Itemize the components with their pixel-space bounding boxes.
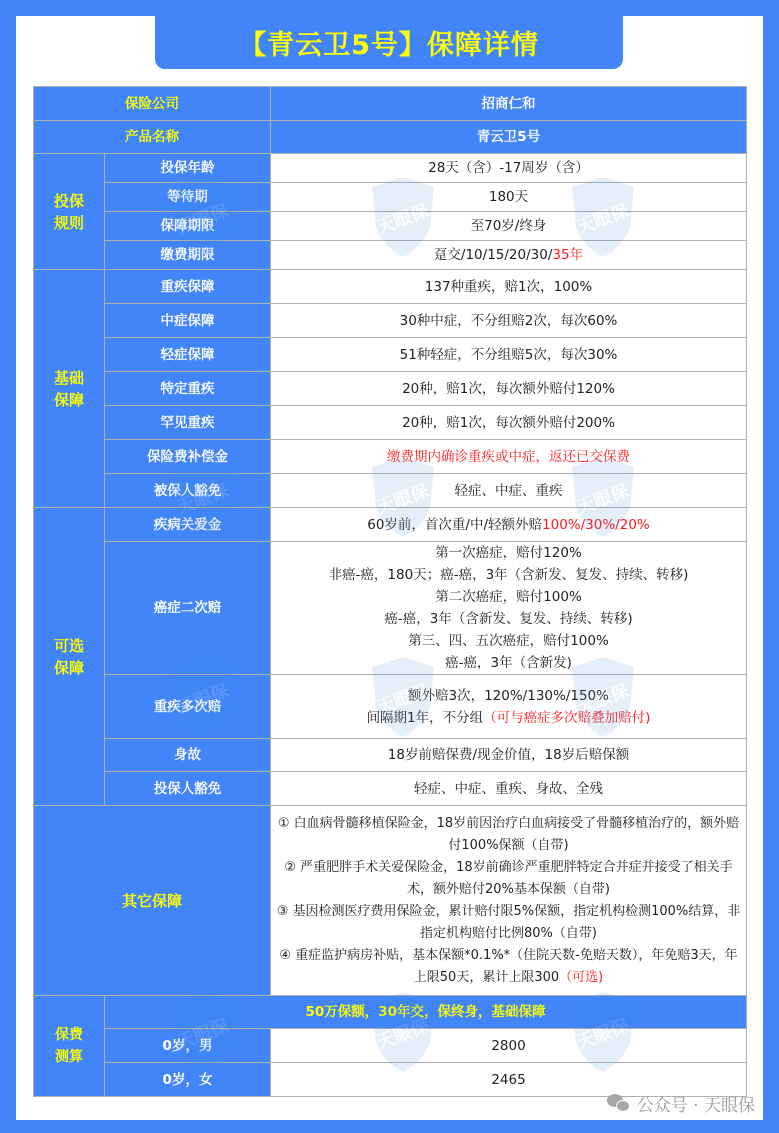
premium-header: 50万保额，30年交，保终身，基础保障	[105, 996, 747, 1029]
category-optional: 可选 保障	[34, 508, 105, 806]
value-highlight: 100%/30%/20%	[542, 517, 650, 533]
row-label: 罕见重疾	[105, 406, 271, 440]
row-value: 60岁前，首次重/中/轻额外赔100%/30%/20%	[271, 508, 747, 542]
table-row: 轻症保障 51种轻症，不分组赔5次，每次30%	[34, 338, 747, 372]
table-row: 保障期限 至70岁/终身	[34, 212, 747, 241]
cancer-line: 癌-癌，3年（含新发、复发、持续、转移)	[275, 608, 742, 630]
value-text: ④ 重症监护病房补贴，基本保额*0.1%*（住院天数-免赔天数），年免赔3天，年…	[279, 948, 737, 985]
row-value: 18岁前赔保费/现金价值，18岁后赔保额	[271, 739, 747, 772]
value-highlight: （可选)	[559, 970, 603, 985]
table-row: 重疾多次赔 额外赔3次，120%/130%/150% 间隔期1年，不分组（可与癌…	[34, 675, 747, 739]
table-row: 保险费补偿金 缴费期内确诊重疾或中症，返还已交保费	[34, 440, 747, 474]
row-value: 20种，赔1次，每次额外赔付120%	[271, 372, 747, 406]
row-value: 轻症、中症、重疾、身故、全残	[271, 772, 747, 806]
category-rules: 投保 规则	[34, 154, 105, 270]
row-label: 0岁，女	[105, 1063, 271, 1097]
other-item: ④ 重症监护病房补贴，基本保额*0.1%*（住院天数-免赔天数），年免赔3天，年…	[275, 945, 742, 989]
row-label: 中症保障	[105, 304, 271, 338]
row-value: 缴费期内确诊重疾或中症，返还已交保费	[271, 440, 747, 474]
row-value: 趸交/10/15/20/30/35年	[271, 241, 747, 270]
row-label: 保障期限	[105, 212, 271, 241]
row-label: 保险费补偿金	[105, 440, 271, 474]
row-value: 137种重疾，赔1次，100%	[271, 270, 747, 304]
category-label: 基础 保障	[54, 369, 84, 409]
row-value: 轻症、中症、重疾	[271, 474, 747, 508]
table-row: 基础 保障 重疾保障 137种重疾，赔1次，100%	[34, 270, 747, 304]
table-row: 中症保障 30种中症，不分组赔2次，每次60%	[34, 304, 747, 338]
row-value: 180天	[271, 183, 747, 212]
wechat-icon	[607, 1094, 631, 1114]
cancer-line: 非癌-癌，180天；癌-癌，3年（含新发、复发、持续、转移)	[275, 564, 742, 586]
table-row: 投保 规则 投保年龄 28天（含）-17周岁（含）	[34, 154, 747, 183]
table-row: 保费 测算 50万保额，30年交，保终身，基础保障	[34, 996, 747, 1029]
table-row: 罕见重疾 20种，赔1次，每次额外赔付200%	[34, 406, 747, 440]
table-row: 身故 18岁前赔保费/现金价值，18岁后赔保额	[34, 739, 747, 772]
category-basic: 基础 保障	[34, 270, 105, 508]
value-text: 间隔期1年，不分组	[367, 710, 484, 726]
row-label: 癌症二次赔	[105, 542, 271, 675]
table-row: 癌症二次赔 第一次癌症，赔付120% 非癌-癌，180天；癌-癌，3年（含新发、…	[34, 542, 747, 675]
product-name-label: 产品名称	[34, 121, 271, 154]
cancer-line: 第二次癌症，赔付100%	[275, 586, 742, 608]
product-name-value: 青云卫5号	[271, 121, 747, 154]
row-label: 被保人豁免	[105, 474, 271, 508]
table-row: 保险公司 招商仁和	[34, 87, 747, 121]
row-value: 2800	[271, 1029, 747, 1063]
other-label: 其它保障	[34, 806, 271, 996]
row-label: 等待期	[105, 183, 271, 212]
multi-line: 间隔期1年，不分组（可与癌症多次赔叠加赔付)	[275, 707, 742, 729]
table-row: 被保人豁免 轻症、中症、重疾	[34, 474, 747, 508]
row-value: 20种，赔1次，每次额外赔付200%	[271, 406, 747, 440]
row-label: 特定重疾	[105, 372, 271, 406]
row-value: 28天（含）-17周岁（含）	[271, 154, 747, 183]
page-title: 【青云卫5号】保障详情	[155, 16, 623, 69]
table-row: 可选 保障 疾病关爱金 60岁前，首次重/中/轻额外赔100%/30%/20%	[34, 508, 747, 542]
table-row: 缴费期限 趸交/10/15/20/30/35年	[34, 241, 747, 270]
category-premium: 保费 测算	[34, 996, 105, 1097]
row-label: 轻症保障	[105, 338, 271, 372]
row-value: 额外赔3次，120%/130%/150% 间隔期1年，不分组（可与癌症多次赔叠加…	[271, 675, 747, 739]
company-value: 招商仁和	[271, 87, 747, 121]
category-label: 可选 保障	[54, 637, 84, 677]
table-row: 其它保障 ① 白血病骨髓移植保险金，18岁前因治疗白血病接受了骨髓移植治疗的，额…	[34, 806, 747, 996]
row-label: 重疾多次赔	[105, 675, 271, 739]
footer-text: 公众号 · 天眼保	[637, 1091, 755, 1116]
value-text: 趸交/10/15/20/30/	[434, 247, 552, 263]
category-label: 保费 测算	[55, 1027, 83, 1065]
row-label: 重疾保障	[105, 270, 271, 304]
row-label: 投保人豁免	[105, 772, 271, 806]
row-label: 身故	[105, 739, 271, 772]
footer-watermark: 公众号 · 天眼保	[607, 1091, 755, 1116]
category-label: 投保 规则	[54, 192, 84, 232]
row-value: 30种中症，不分组赔2次，每次60%	[271, 304, 747, 338]
row-label: 0岁，男	[105, 1029, 271, 1063]
table-row: 0岁，男 2800	[34, 1029, 747, 1063]
row-value: ① 白血病骨髓移植保险金，18岁前因治疗白血病接受了骨髓移植治疗的，额外赔付10…	[271, 806, 747, 996]
value-highlight: 35年	[552, 247, 583, 263]
other-item: ① 白血病骨髓移植保险金，18岁前因治疗白血病接受了骨髓移植治疗的，额外赔付10…	[275, 813, 742, 857]
other-item: ② 严重肥胖手术关爱保险金，18岁前确诊严重肥胖特定合并症并接受了相关手术，额外…	[275, 857, 742, 901]
table-row: 投保人豁免 轻症、中症、重疾、身故、全残	[34, 772, 747, 806]
table-row: 产品名称 青云卫5号	[34, 121, 747, 154]
value-text: 60岁前，首次重/中/轻额外赔	[367, 517, 542, 533]
row-value: 至70岁/终身	[271, 212, 747, 241]
coverage-table: 保险公司 招商仁和 产品名称 青云卫5号 投保 规则 投保年龄 28天（含）-1…	[33, 86, 747, 1097]
row-label: 投保年龄	[105, 154, 271, 183]
row-label: 疾病关爱金	[105, 508, 271, 542]
row-value: 第一次癌症，赔付120% 非癌-癌，180天；癌-癌，3年（含新发、复发、持续、…	[271, 542, 747, 675]
cancer-line: 第三、四、五次癌症，赔付100%	[275, 630, 742, 652]
row-value: 51种轻症，不分组赔5次，每次30%	[271, 338, 747, 372]
cancer-line: 第一次癌症，赔付120%	[275, 542, 742, 564]
value-highlight: （可与癌症多次赔叠加赔付)	[483, 710, 650, 726]
company-label: 保险公司	[34, 87, 271, 121]
table-row: 特定重疾 20种，赔1次，每次额外赔付120%	[34, 372, 747, 406]
other-item: ③ 基因检测医疗费用保险金，累计赔付限5%保额，指定机构检测100%结算，非指定…	[275, 901, 742, 945]
row-label: 缴费期限	[105, 241, 271, 270]
table-row: 等待期 180天	[34, 183, 747, 212]
multi-line: 额外赔3次，120%/130%/150%	[275, 685, 742, 707]
cancer-line: 癌-癌，3年（含新发)	[275, 652, 742, 674]
